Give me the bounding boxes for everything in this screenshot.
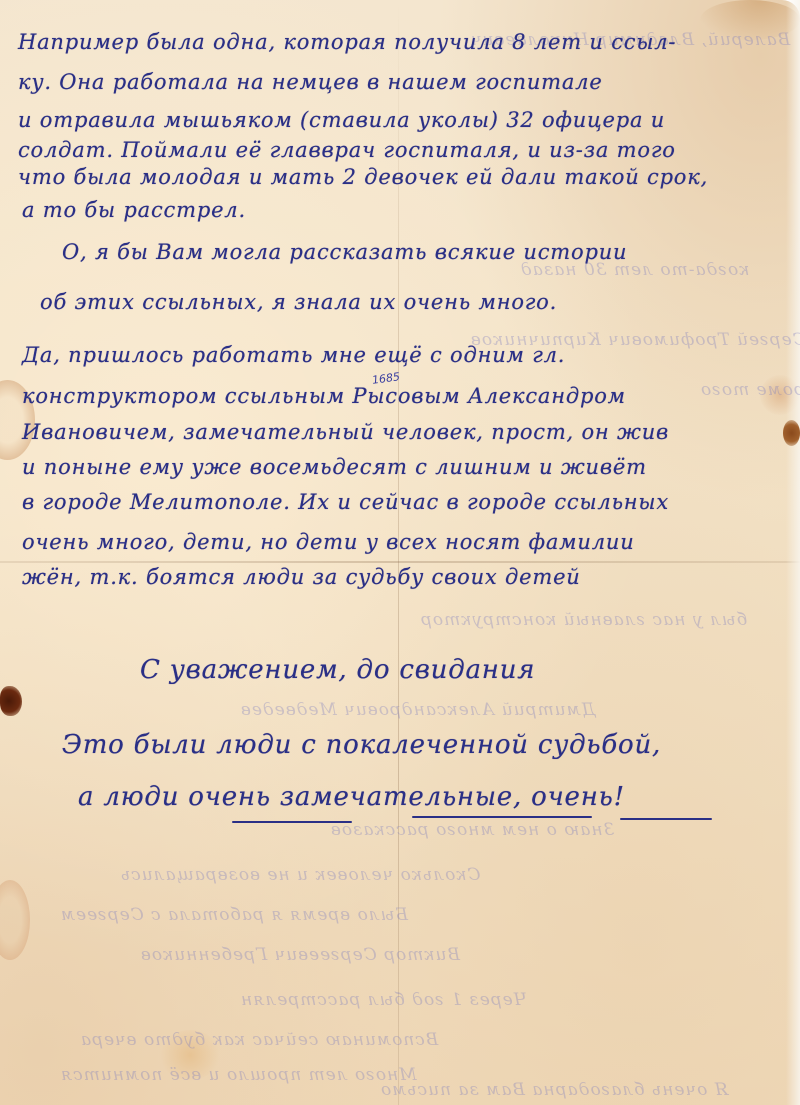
letter-line: конструктором ссыльным Рысовым Александр… [22,384,626,408]
fold-line-horizontal [0,561,800,563]
letter-line: а то бы расстрел. [22,198,246,222]
letter-line: и поныне ему уже восемьдесят с лишним и … [22,455,647,479]
bleed-through-text: Вспоминаю сейчас как будто вчера [80,1030,438,1050]
water-stain-left-lower [0,880,30,960]
bleed-through-text: был у нас главный конструктор [420,610,747,630]
postscript-line: а люди очень замечательные, очень! [78,782,625,812]
letter-page: Валерий, Владимир Николаевич когда-то ле… [0,0,800,1105]
emphasis-underline [412,816,592,818]
letter-line: жён, т.к. боятся люди за судьбу своих де… [22,565,581,589]
bleed-through-text: Сколько человек и не возвращались [120,865,481,885]
paper-edge [786,0,800,1105]
letter-line: очень много, дети, но дети у всех носят … [22,530,635,554]
rust-stain-right [783,420,800,446]
letter-line: в городе Мелитополе. Их и сейчас в город… [22,490,669,514]
emphasis-underline [620,818,712,820]
ink-blot-stain [0,686,22,716]
letter-line: Например была одна, которая получила 8 л… [18,30,676,54]
letter-line: что была молодая и мать 2 девочек ей дал… [18,165,708,189]
bleed-through-text: Много лет прошло и всё помнится [60,1065,417,1085]
letter-line: Ивановичем, замечательный человек, прост… [22,420,669,444]
letter-line: Да, пришлось работать мне ещё с одним гл… [22,343,565,367]
bleed-through-text: Виктор Сергеевич Гребенников [140,945,460,965]
bleed-through-text: Я очень благодарна Вам за письмо [380,1080,729,1100]
bleed-through-text: Дмитрий Александрович Медведев [240,700,596,720]
emphasis-underline [232,821,352,823]
letter-line: О, я бы Вам могла рассказать всякие исто… [62,240,627,264]
letter-line: об этих ссыльных, я знала их очень много… [40,290,557,314]
bleed-through-text: Было время я работала с Сергеем [60,905,408,925]
letter-line: и отравила мышьяком (ставила уколы) 32 о… [18,108,665,132]
letter-closing: С уважением, до свидания [140,655,535,685]
bleed-through-text: Знаю о нем много рассказов [330,820,614,840]
letter-line: ку. Она работала на немцев в нашем госпи… [18,70,603,94]
bleed-through-text: А кроме того [700,380,800,400]
bleed-through-text: Через 1 год был расстрелян [240,990,527,1010]
postscript-line: Это были люди с покалеченной судьбой, [62,730,661,760]
letter-line: солдат. Поймали её главврач госпиталя, и… [18,138,676,162]
